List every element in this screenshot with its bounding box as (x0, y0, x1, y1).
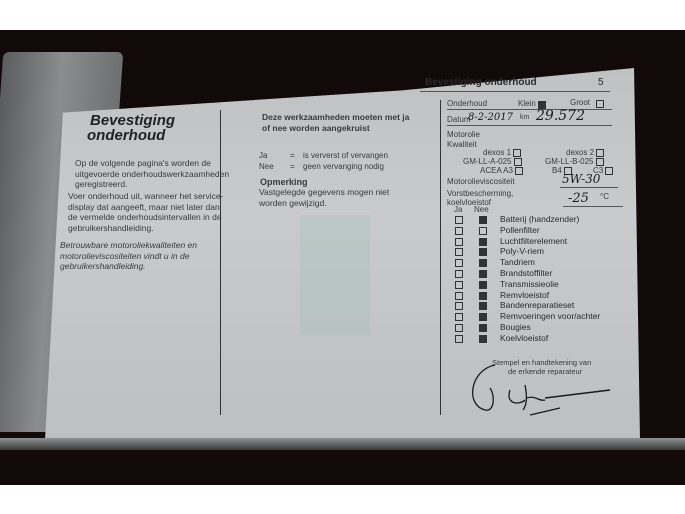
intro-paragraph-2: Voer onderhoud uit, wanneer het service-… (68, 191, 228, 233)
vorst-unit: °C (600, 192, 609, 201)
nee-checkbox[interactable] (479, 302, 487, 310)
nee-checkbox[interactable] (479, 292, 487, 300)
vorst-rule (563, 206, 623, 207)
gm-ll-a-025-checkbox[interactable] (514, 158, 522, 166)
ja-checkbox[interactable] (455, 248, 463, 256)
ja-checkbox[interactable] (455, 281, 463, 289)
vorst-label-1: Vorstbescherming, (447, 189, 513, 198)
page-number: 5 (598, 77, 604, 88)
nee-checkbox[interactable] (479, 259, 487, 267)
intro-paragraph-3: Betrouwbare motoroliekwaliteiten en moto… (60, 240, 230, 272)
nee-checkbox[interactable] (479, 281, 487, 289)
column-divider-right (440, 100, 441, 415)
viscositeit-value[interactable]: 5W-30 (562, 172, 600, 186)
dexos2-checkbox[interactable] (596, 149, 604, 157)
datum-value[interactable]: 8-2-2017 (468, 112, 513, 123)
kwaliteit-label: Kwaliteit (447, 140, 477, 149)
legend-ja-value: is ververst of vervangen (303, 151, 388, 160)
item-label: Pollenfilter (500, 225, 540, 235)
ja-checkbox[interactable] (455, 313, 463, 321)
remark-title: Opmerking (260, 177, 308, 187)
page-header-title: Bevestiging onderhoud (425, 77, 537, 88)
ja-checkbox[interactable] (455, 302, 463, 310)
signature-drawing (465, 360, 615, 420)
oil-option-dexos2: dexos 2 (566, 148, 604, 157)
nee-checkbox[interactable] (479, 216, 487, 224)
legend-nee-value: geen vervanging nodig (303, 162, 384, 171)
ja-column-header: Ja (454, 205, 462, 214)
item-label: Tandriem (500, 257, 535, 267)
groot-label: Groot (570, 98, 590, 107)
onderhoud-label: Onderhoud (447, 99, 487, 108)
item-label: Remvoeringen voor/achter (500, 311, 600, 321)
groot-checkbox[interactable] (596, 100, 604, 108)
ja-checkbox[interactable] (455, 324, 463, 332)
watermark-graphic (300, 215, 370, 335)
onderhoud-rule (447, 109, 612, 110)
section-title-line2: onderhoud (87, 128, 165, 144)
c3-checkbox[interactable] (605, 167, 613, 175)
oil-option-acea-a3: ACEA A3 (480, 166, 523, 175)
intro-paragraph-1: Op de volgende pagina's worden de uitgev… (75, 158, 237, 190)
item-label: Koelvloeistof (500, 333, 548, 343)
item-label: Luchtfilterelement (500, 236, 567, 246)
nee-checkbox[interactable] (479, 248, 487, 256)
item-label: Remvloeistof (500, 290, 549, 300)
nee-checkbox[interactable] (479, 270, 487, 278)
ja-checkbox[interactable] (455, 270, 463, 278)
km-value[interactable]: 29.572 (536, 108, 585, 124)
ja-checkbox[interactable] (455, 227, 463, 235)
legend-nee-sep: = (290, 162, 295, 171)
ja-checkbox[interactable] (455, 292, 463, 300)
vorst-value[interactable]: -25 (568, 191, 589, 206)
legend-ja-sep: = (290, 151, 295, 160)
ja-checkbox[interactable] (455, 216, 463, 224)
nee-column-header: Nee (474, 205, 489, 214)
motorolie-label: Motorolie (447, 130, 480, 139)
gm-ll-b-025-checkbox[interactable] (596, 158, 604, 166)
datum-rule (447, 125, 612, 126)
ja-checkbox[interactable] (455, 238, 463, 246)
oil-option-gm-ll-a-025: GM-LL-A-025 (463, 157, 522, 166)
oil-option-dexos1: dexos 1 (483, 148, 521, 157)
ja-checkbox[interactable] (455, 335, 463, 343)
nee-checkbox[interactable] (479, 324, 487, 332)
instruction-heading: Deze werkzaamheden moeten met ja of nee … (262, 112, 412, 133)
legend-nee-key: Nee (259, 162, 274, 171)
legend-ja-key: Ja (259, 151, 267, 160)
item-label: Transmissieolie (500, 279, 559, 289)
km-label: km (520, 114, 529, 121)
acea-a3-checkbox[interactable] (515, 167, 523, 175)
nee-checkbox[interactable] (479, 335, 487, 343)
dexos1-checkbox[interactable] (513, 149, 521, 157)
oil-option-gm-ll-b-025: GM-LL-B-025 (545, 157, 604, 166)
nee-checkbox[interactable] (479, 238, 487, 246)
viscositeit-label: Motorolieviscositeit (447, 177, 515, 186)
viscositeit-rule (560, 187, 618, 188)
item-label: Bougies (500, 322, 531, 332)
item-label: Batterij (handzender) (500, 214, 579, 224)
item-label: Bandenreparatieset (500, 300, 574, 310)
item-label: Brandstoffilter (500, 268, 552, 278)
nee-checkbox[interactable] (479, 313, 487, 321)
item-label: Poly-V-riem (500, 246, 544, 256)
ja-checkbox[interactable] (455, 259, 463, 267)
nee-checkbox[interactable] (479, 227, 487, 235)
page-edge (0, 438, 685, 450)
header-rule (420, 91, 610, 92)
klein-label: Klein (518, 99, 536, 108)
remark-text: Vastgelegde gegevens mogen niet worden g… (259, 187, 419, 208)
